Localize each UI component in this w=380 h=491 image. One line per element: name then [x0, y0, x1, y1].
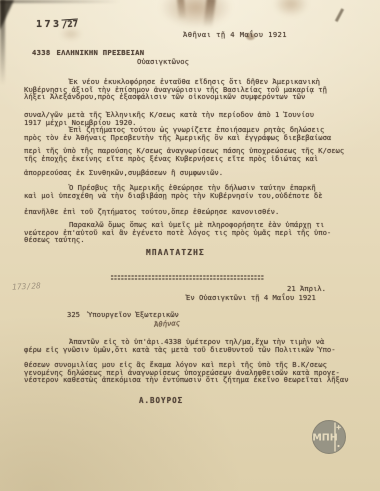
paragraph: Ἀπαντῶν εἰς τὸ ὑπ'ἀρι.4338 ὑμέτερον τηλ/…: [24, 338, 336, 353]
signature-baltatzis: ΜΠΑΛΤΑΤΖΗΣ: [146, 249, 205, 257]
body-line: νέστερον καθεστὼς ἀπεκόμισα τὴν ἐντύπωσι…: [24, 376, 349, 384]
recipient-line: 325Ὑπουργεῖον Ἐξωτερικῶν: [67, 311, 179, 319]
paragraph: Παρακαλῶ ὅμως ὅπως καὶ ὑμεῖς μὲ πληροφορ…: [24, 221, 331, 244]
paragraph: ἐπανῆλθε ἐπὶ τοῦ ζητήματος τούτου,ὅπερ ἐ…: [24, 208, 279, 216]
body-line: τῆς ἐποχῆς ἐκείνης εἴτε πρὸς ξένας Κυβερ…: [24, 155, 344, 163]
body-line: καὶ μοὶ ὑπεσχέθη νὰ τὴν διαβιβάσῃ πρὸς τ…: [24, 192, 323, 200]
body-line: ἀπορρεούσας ἐκ Συνθηκῶν,συμβάσεων ἢ συμφ…: [24, 169, 223, 177]
telegram-number: 325: [67, 310, 80, 319]
body-line: φέρω εἰς γνῶσιν ὑμῶν,ὅτι κατὰ τὰς μετὰ τ…: [24, 346, 336, 354]
paragraph: ἀπορρεούσας ἐκ Συνθηκῶν,συμβάσεων ἢ συμφ…: [24, 169, 223, 177]
archive-reference-bottom: 173/28: [12, 282, 41, 291]
body-line: λήξει Ἀλεξάνδρου,πρὸς ἐξασφάλισιν τῶν οἰ…: [24, 93, 327, 101]
dateline-athens: Ἀθῆναι τῇ 4 Μαΐου 1921: [183, 31, 287, 39]
date-note: 21 Ἀπριλ.: [287, 285, 326, 293]
body-line: πρὸς τὸν ἐν Ἀθήναις Πρεσβευτὴν τῆς Ἀμερι…: [24, 134, 331, 142]
paragraph: συναλ/γῶν μετὰ τῆς Ἑλληνικῆς Κ/σεως κατὰ…: [24, 111, 314, 126]
paragraph: Ἐκ νέου ἐκυκλοφόρησε ἐνταῦθα εἴδησις ὅτι…: [24, 78, 327, 101]
paragraph: Ὁ Πρέσβυς τῆς Ἀμερικῆς ἐθεώρησε τὴν δήλω…: [24, 184, 323, 199]
archive-ref-handwritten: /27: [61, 21, 78, 30]
recipient-name: ΕΛΛΗΝΙΚΗΝ ΠΡΕΣΒΕΙΑΝ: [57, 48, 145, 57]
stamp-cross-icon: ✚: [336, 425, 341, 432]
paragraph: Ἐπὶ ζητήματος τούτου ὡς γνωρίζετε ἐποιήσ…: [24, 126, 331, 141]
body-line: θέσεως ταύτης.: [24, 236, 331, 244]
archive-reference-top: 173/27: [36, 21, 78, 30]
stamp-letters: ΜΠΗ: [312, 433, 337, 444]
signature-vouros: Α.ΒΟΥΡΟΣ: [139, 397, 183, 405]
dateline-washington: Ἐν Οὐασιγκτῶνι τῇ 4 Μαΐου 1921: [186, 294, 316, 302]
archive-ref-stamped: 173: [36, 19, 62, 30]
archive-stamp-icon: ΜΠΗ ✚: [311, 419, 347, 455]
recipient-city: Οὐασιγκτῶνος: [137, 58, 189, 66]
typed-divider: ----------------------------------------…: [110, 278, 264, 281]
telegram-number: 4338: [32, 48, 51, 57]
paragraph: θέσεων συνομιλίας μου εἰς ἃς ἔκαμα λόγον…: [24, 361, 349, 384]
scanned-telegram-page: 173/27 Ἀθῆναι τῇ 4 Μαΐου 1921 4338ΕΛΛΗΝΙ…: [0, 0, 380, 491]
paragraph: περὶ τῆς ὑπὸ τῆς παρούσης Κ/σεως ἀναγνωρ…: [24, 147, 344, 162]
recipient-name: Ὑπουργεῖον Ἐξωτερικῶν: [88, 310, 179, 319]
body-line: ἐπανῆλθε ἐπὶ τοῦ ζητήματος τούτου,ὅπερ ἐ…: [24, 208, 279, 216]
recipient-city: Ἀθήνας: [154, 319, 180, 328]
recipient-line: 4338ΕΛΛΗΝΙΚΗΝ ΠΡΕΣΒΕΙΑΝ: [32, 49, 144, 57]
